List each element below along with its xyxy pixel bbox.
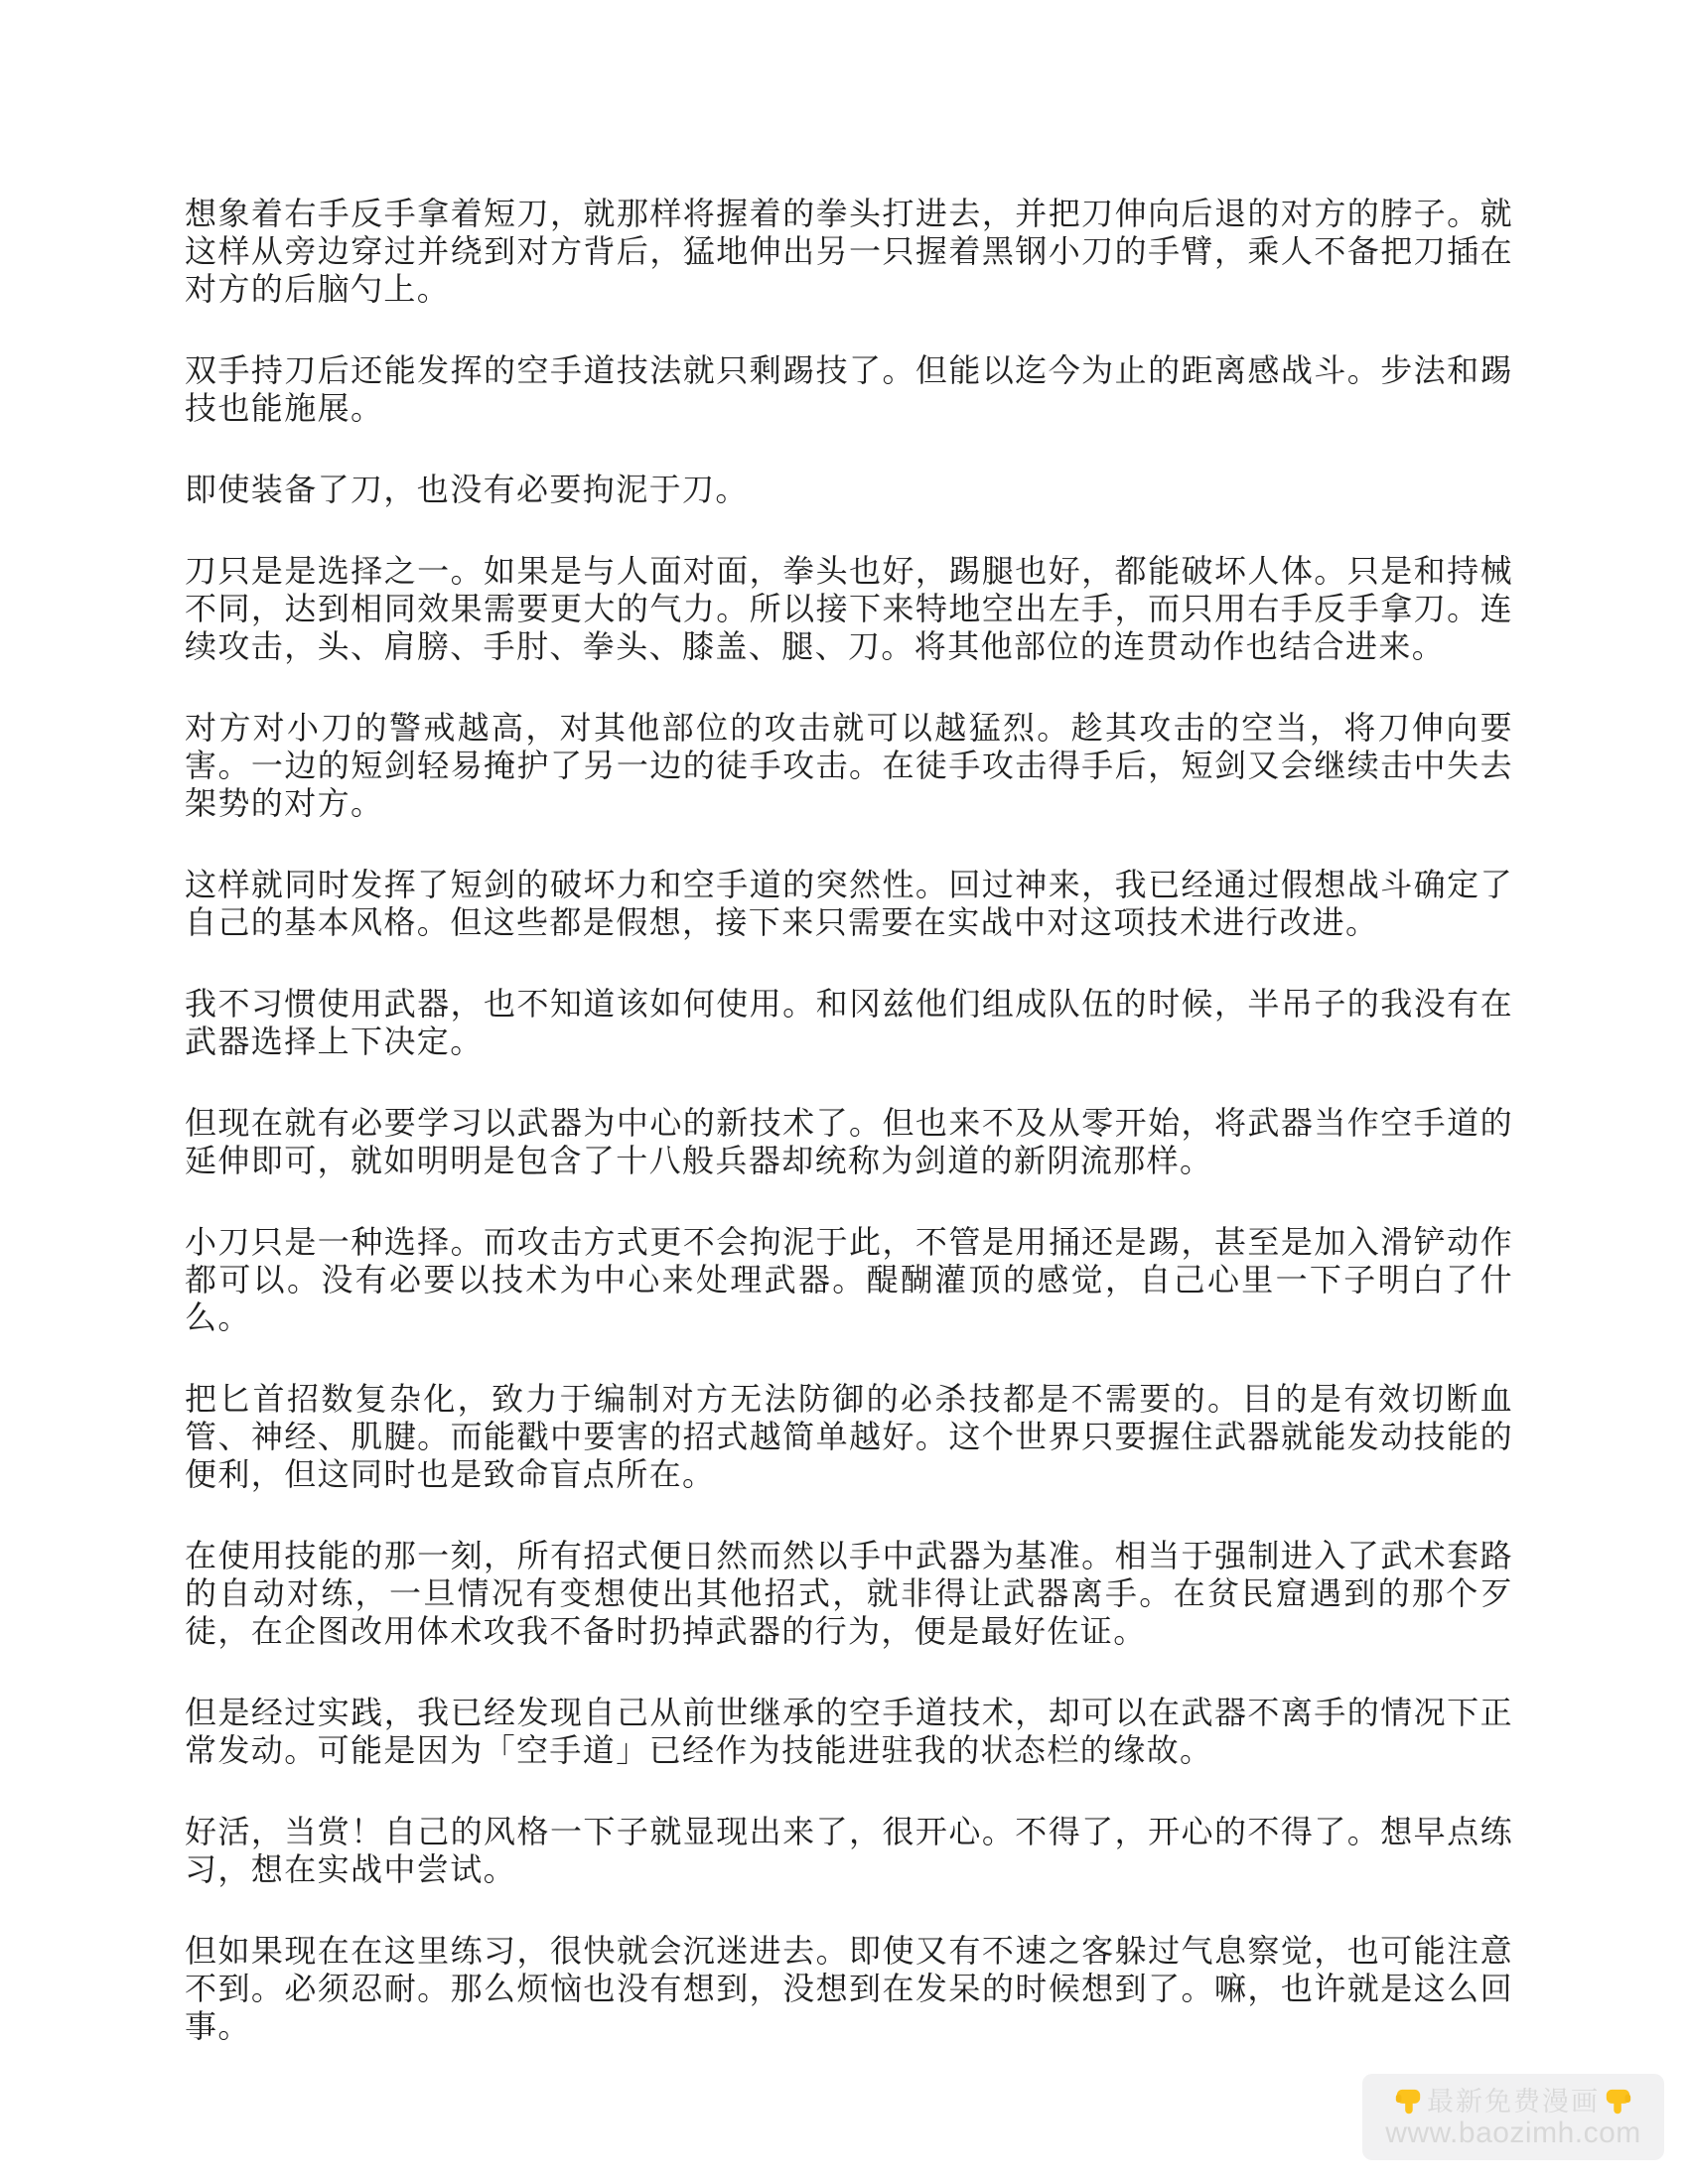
novel-text: 想象着右手反手拿着短刀，就那样将握着的拳头打进去，并把刀伸向后退的对方的脖子。就…	[185, 195, 1513, 2089]
paragraph: 即使装备了刀，也没有必要拘泥于刀。	[185, 471, 1513, 508]
paragraph: 想象着右手反手拿着短刀，就那样将握着的拳头打进去，并把刀伸向后退的对方的脖子。就…	[185, 195, 1513, 308]
paragraph: 但是经过实践，我已经发现自己从前世继承的空手道技术，却可以在武器不离手的情况下正…	[185, 1694, 1513, 1769]
paragraph: 双手持刀后还能发挥的空手道技法就只剩踢技了。但能以迄今为止的距离感战斗。步法和踢…	[185, 351, 1513, 427]
paragraph: 在使用技能的那一刻，所有招式便日然而然以手中武器为基准。相当于强制进入了武术套路…	[185, 1537, 1513, 1650]
watermark: 最新免费漫画 www.baozimh.com	[1362, 2074, 1664, 2160]
paragraph: 但现在就有必要学习以武器为中心的新技术了。但也来不及从零开始，将武器当作空手道的…	[185, 1104, 1513, 1179]
paragraph: 我不习惯使用武器，也不知道该如何使用。和冈兹他们组成队伍的时候，半吊子的我没有在…	[185, 985, 1513, 1060]
paragraph: 对方对小刀的警戒越高，对其他部位的攻击就可以越猛烈。趁其攻击的空当，将刀伸向要害…	[185, 709, 1513, 822]
paragraph: 小刀只是一种选择。而攻击方式更不会拘泥于此，不管是用捅还是踢，甚至是加入滑铲动作…	[185, 1223, 1513, 1336]
paragraph: 刀只是是选择之一。如果是与人面对面，拳头也好，踢腿也好，都能破坏人体。只是和持械…	[185, 552, 1513, 665]
watermark-url: www.baozimh.com	[1385, 2116, 1641, 2149]
watermark-title: 最新免费漫画	[1427, 2087, 1600, 2116]
pointing-down-icon	[1604, 2087, 1633, 2116]
paragraph: 这样就同时发挥了短剑的破坏力和空手道的突然性。回过神来，我已经通过假想战斗确定了…	[185, 866, 1513, 941]
paragraph: 好活，当赏！自己的风格一下子就显现出来了，很开心。不得了，开心的不得了。想早点练…	[185, 1813, 1513, 1888]
watermark-title-row: 最新免费漫画	[1393, 2087, 1633, 2116]
pointing-down-icon	[1393, 2087, 1423, 2116]
paragraph: 把匕首招数复杂化，致力于编制对方无法防御的必杀技都是不需要的。目的是有效切断血管…	[185, 1380, 1513, 1493]
paragraph: 但如果现在在这里练习，很快就会沉迷进去。即使又有不速之客躲过气息察觉，也可能注意…	[185, 1932, 1513, 2045]
